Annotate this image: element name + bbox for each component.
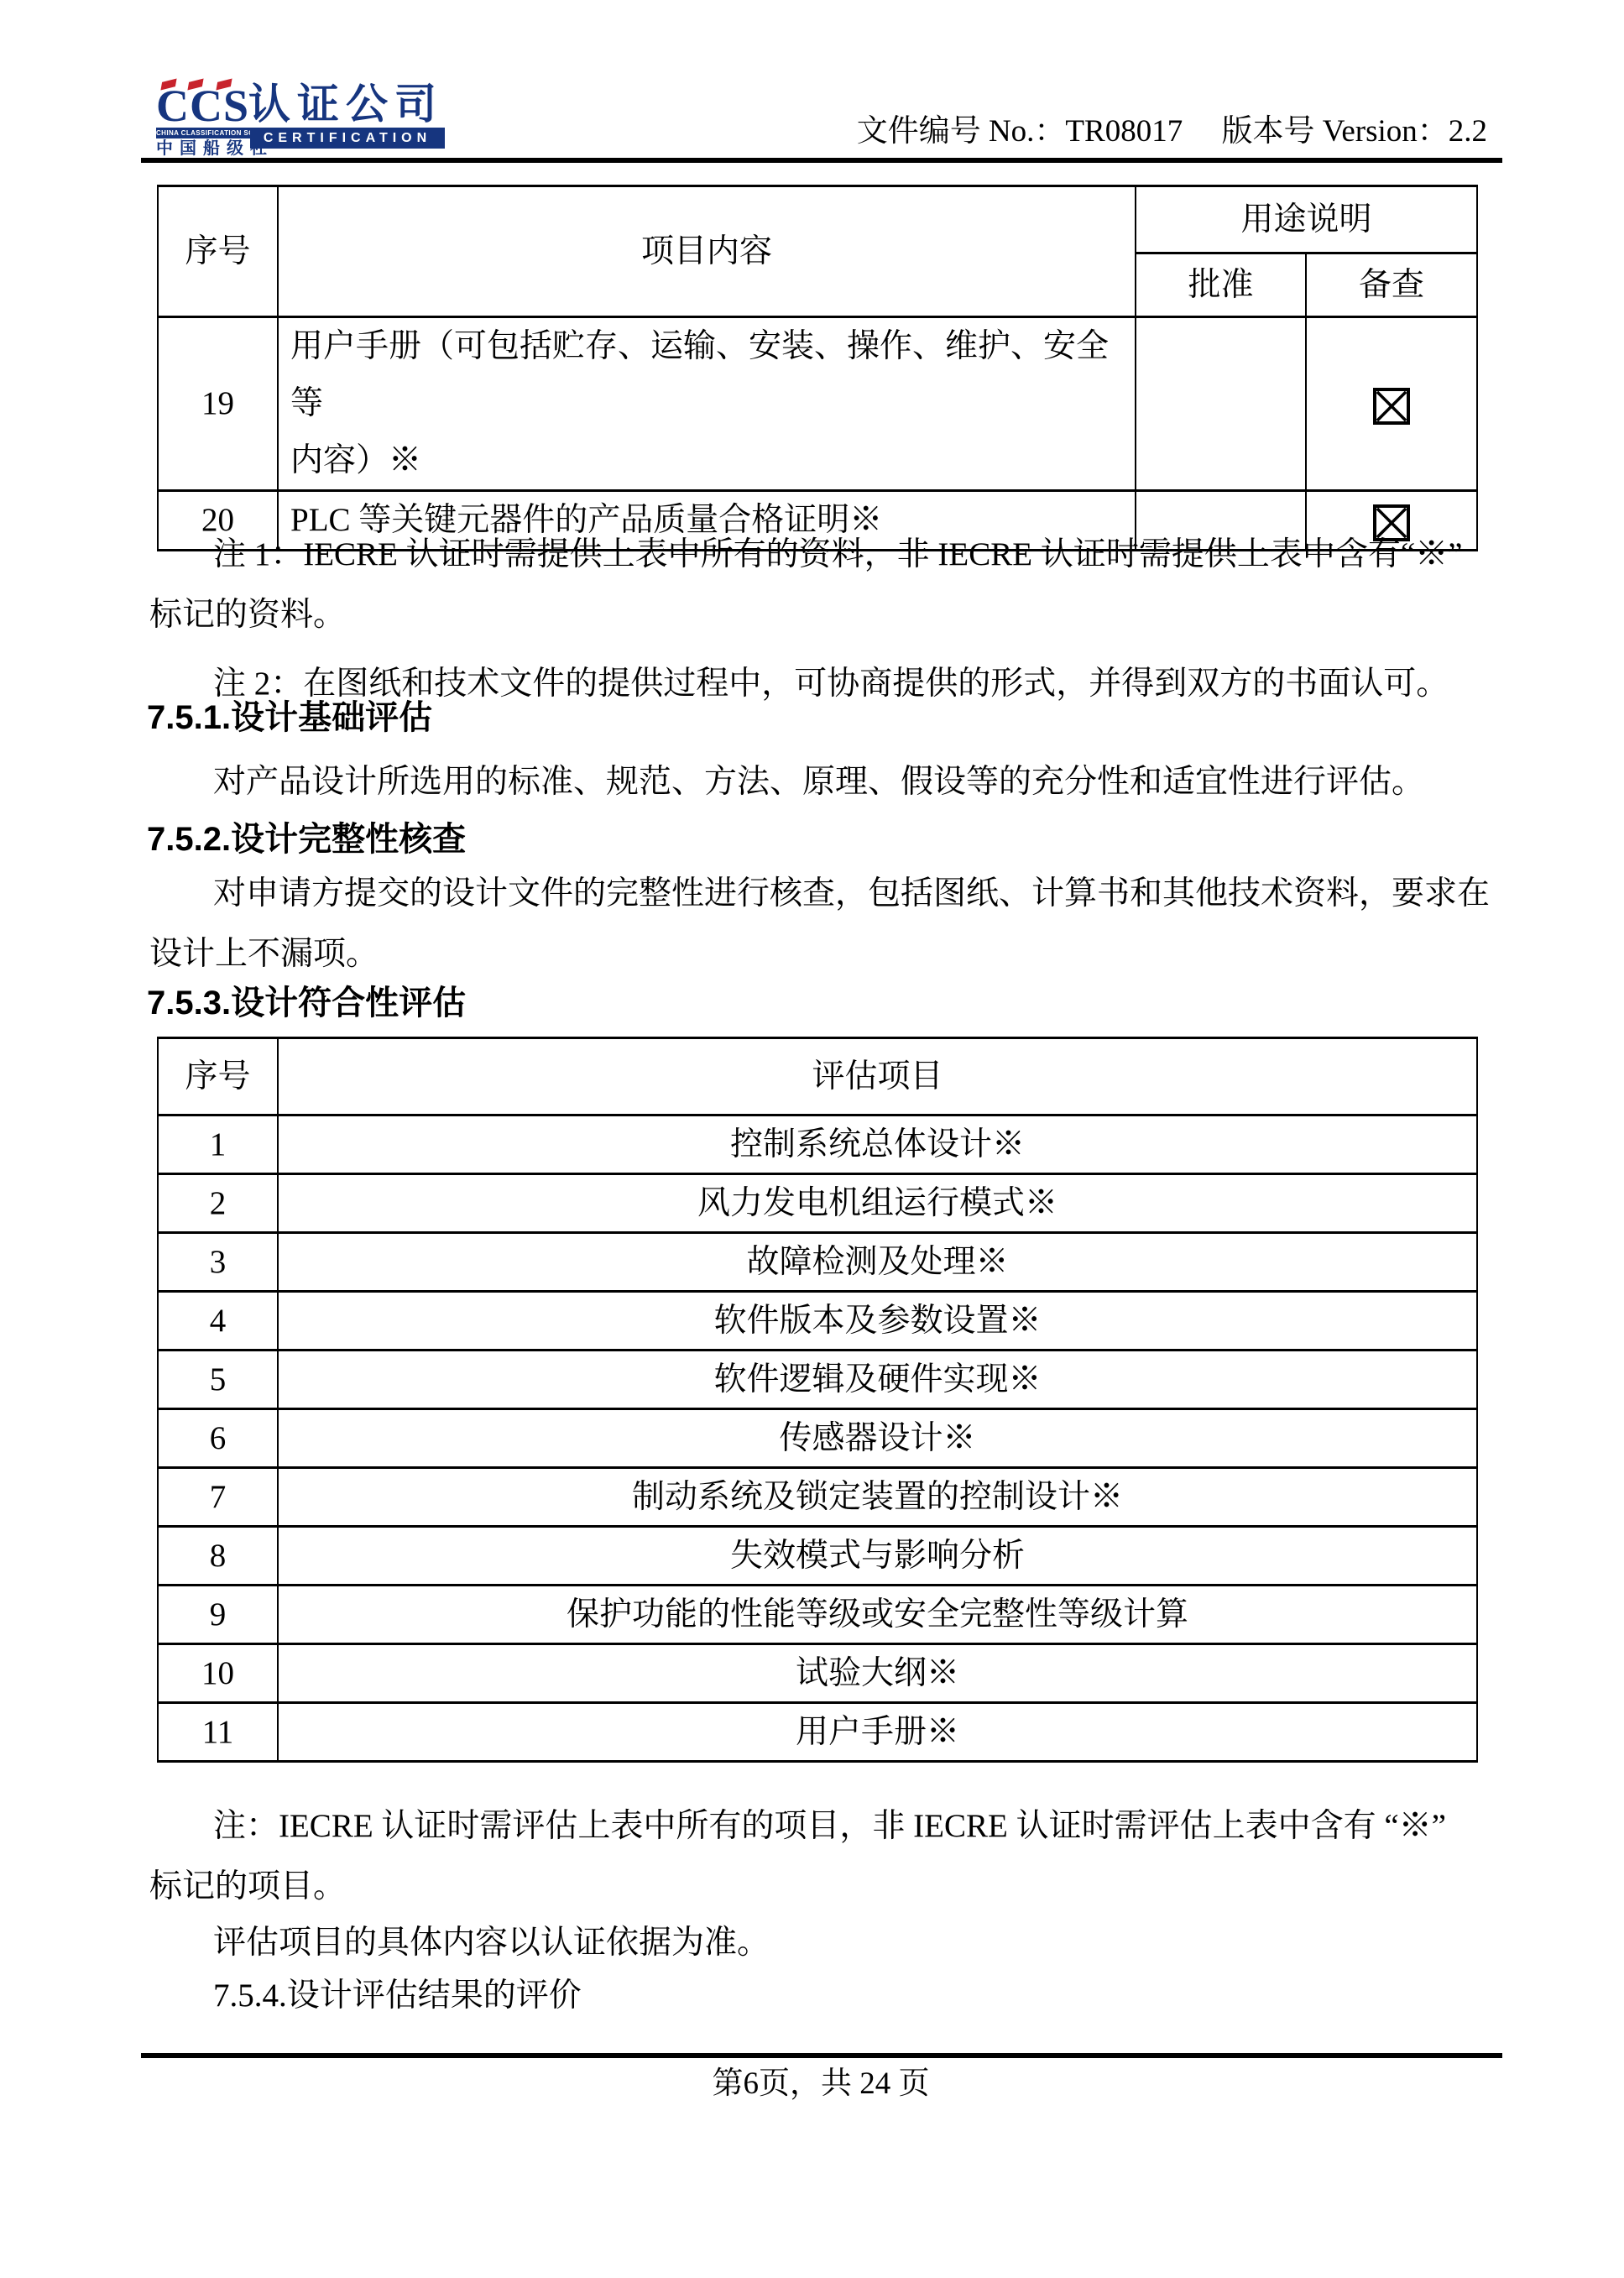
assessment-item-cell: 保护功能的性能等级或安全完整性等级计算 <box>278 1586 1477 1644</box>
ccs-company-cn: 认证公司 <box>248 82 443 126</box>
table-header-row: 序号 评估项目 <box>158 1038 1477 1115</box>
section-heading-7-5-2: 7.5.2.设计完整性核查 <box>147 809 1490 870</box>
row-serial-cell: 5 <box>158 1351 278 1409</box>
section-heading-7-5-3: 7.5.3.设计符合性评估 <box>147 973 1490 1033</box>
assessment-item-cell: 失效模式与影响分析 <box>278 1527 1477 1586</box>
record-cell <box>1306 317 1477 491</box>
row-serial-cell: 1 <box>158 1115 278 1174</box>
table-row: 11用户手册※ <box>158 1703 1477 1762</box>
documents-table-body: 19用户手册（可包括贮存、运输、安装、操作、维护、安全等 内容）※20PLC 等… <box>158 317 1477 551</box>
col-header-serial: 序号 <box>158 186 278 317</box>
ccs-certification-bar: CERTIFICATION <box>250 128 445 149</box>
assessment-item-cell: 传感器设计※ <box>278 1409 1477 1468</box>
ccs-society-cn-char: 中 <box>156 139 173 158</box>
table-row: 2风力发电机组运行模式※ <box>158 1174 1477 1233</box>
row-serial-cell: 11 <box>158 1703 278 1762</box>
table-row: 4软件版本及参数设置※ <box>158 1292 1477 1351</box>
section-body-7-5-1: 对产品设计所选用的标准、规范、方法、原理、假设等的充分性和适宜性进行评估。 <box>149 752 1492 812</box>
assessment-item-cell: 用户手册※ <box>278 1703 1477 1762</box>
approve-cell <box>1136 317 1306 491</box>
assessment-item-cell: 软件版本及参数设置※ <box>278 1292 1477 1351</box>
assessment-items-table: 序号 评估项目 1控制系统总体设计※2风力发电机组运行模式※3故障检测及处理※4… <box>157 1037 1478 1763</box>
row-serial-cell: 19 <box>158 317 278 491</box>
assessment-item-cell: 故障检测及处理※ <box>278 1233 1477 1292</box>
assessment-item-cell: 制动系统及锁定装置的控制设计※ <box>278 1468 1477 1527</box>
table-row: 3故障检测及处理※ <box>158 1233 1477 1292</box>
header-rule <box>141 158 1502 163</box>
ccs-logo-letters: CCS <box>156 86 249 126</box>
col-header-content: 项目内容 <box>278 186 1136 317</box>
table-row: 9保护功能的性能等级或安全完整性等级计算 <box>158 1586 1477 1644</box>
section-heading-7-5-1: 7.5.1.设计基础评估 <box>147 687 1490 748</box>
note-table2-paragraph: 注：IECRE 认证时需评估上表中所有的项目，非 IECRE 认证时需评估上表中… <box>149 1796 1492 1917</box>
table-row: 1控制系统总体设计※ <box>158 1115 1477 1174</box>
col-header-record: 备查 <box>1306 253 1477 317</box>
table-row: 10试验大纲※ <box>158 1644 1477 1703</box>
ccs-logo: CCS CHINA CLASSIFICATION SOCIETY 中国船级社 认… <box>156 81 450 153</box>
row-serial-cell: 2 <box>158 1174 278 1233</box>
table-row: 6传感器设计※ <box>158 1409 1477 1468</box>
row-serial-cell: 7 <box>158 1468 278 1527</box>
table-row: 8失效模式与影响分析 <box>158 1527 1477 1586</box>
row-serial-cell: 9 <box>158 1586 278 1644</box>
document-page: CCS CHINA CLASSIFICATION SOCIETY 中国船级社 认… <box>0 0 1624 2278</box>
row-serial-cell: 3 <box>158 1233 278 1292</box>
col-header-approve: 批准 <box>1136 253 1306 317</box>
col-header-item: 评估项目 <box>278 1038 1477 1115</box>
col-header-usage: 用途说明 <box>1136 186 1477 253</box>
assessment-item-cell: 风力发电机组运行模式※ <box>278 1174 1477 1233</box>
section-body-7-5-2: 对申请方提交的设计文件的完整性进行核查，包括图纸、计算书和其他技术资料，要求在 … <box>149 864 1492 985</box>
closing-line-1: 评估项目的具体内容以认证依据为准。 <box>149 1913 1492 1973</box>
documents-table: 序号 项目内容 用途说明 批准 备查 19用户手册（可包括贮存、运输、安装、操作… <box>157 185 1478 551</box>
assessment-item-cell: 控制系统总体设计※ <box>278 1115 1477 1174</box>
note-1-paragraph: 注 1：IECRE 认证时需提供上表中所有的资料，非 IECRE 认证时需提供上… <box>149 525 1492 645</box>
assessment-item-cell: 软件逻辑及硬件实现※ <box>278 1351 1477 1409</box>
assessment-table-body: 1控制系统总体设计※2风力发电机组运行模式※3故障检测及处理※4软件版本及参数设… <box>158 1115 1477 1762</box>
table-row: 5软件逻辑及硬件实现※ <box>158 1351 1477 1409</box>
ccs-society-cn-char: 国 <box>180 139 196 158</box>
table-header-row: 序号 项目内容 用途说明 <box>158 186 1477 253</box>
ccs-society-cn-char: 级 <box>227 139 243 158</box>
checked-checkbox-icon <box>1373 388 1410 425</box>
col-header-serial: 序号 <box>158 1038 278 1115</box>
ccs-society-cn-char: 船 <box>203 139 220 158</box>
document-number-line: 文件编号 No.：TR08017 版本号 Version：2.2 <box>857 112 1487 151</box>
assessment-item-cell: 试验大纲※ <box>278 1644 1477 1703</box>
row-serial-cell: 8 <box>158 1527 278 1586</box>
table-row: 19用户手册（可包括贮存、运输、安装、操作、维护、安全等 内容）※ <box>158 317 1477 491</box>
table-row: 7制动系统及锁定装置的控制设计※ <box>158 1468 1477 1527</box>
row-serial-cell: 4 <box>158 1292 278 1351</box>
row-content-cell: 用户手册（可包括贮存、运输、安装、操作、维护、安全等 内容）※ <box>278 317 1136 491</box>
row-serial-cell: 6 <box>158 1409 278 1468</box>
page-number: 第6页，共 24 页 <box>149 2058 1492 2110</box>
closing-line-2: 7.5.4.设计评估结果的评价 <box>149 1966 1492 2026</box>
row-serial-cell: 10 <box>158 1644 278 1703</box>
